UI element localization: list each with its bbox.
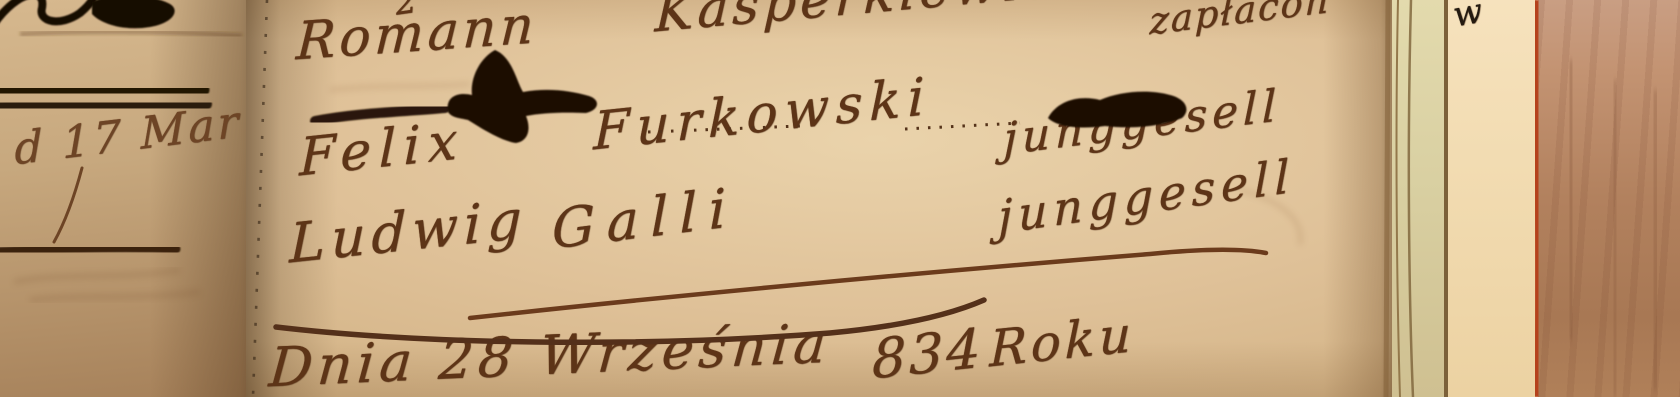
entry3-note: junggesell (998, 148, 1295, 244)
entry1-last-name: Kasperkiewicz (654, 0, 1088, 44)
entry1-first-name: Romann (295, 0, 539, 72)
entry1-note: zapłacon (1149, 0, 1331, 43)
entry2-first-name: Felix (299, 111, 466, 189)
handwriting-layer: d 17 Mar 2 Romann Kasperkiewicz zapłacon… (0, 0, 1680, 397)
entry3-first-name: Ludwig (289, 187, 528, 275)
margin-date-note: d 17 Mar (14, 96, 242, 175)
manuscript-photo: d 17 Mar 2 Romann Kasperkiewicz zapłacon… (0, 0, 1680, 397)
date-line-suffix: Roku (989, 305, 1135, 379)
entry3-last-name: Galli (552, 175, 738, 261)
edge-stray-mark: w (1450, 0, 1486, 35)
date-line-prefix: Dnia 28 Września (267, 311, 833, 397)
entry2-note: junggesell (1003, 80, 1281, 166)
date-line-year: 834 (872, 316, 983, 391)
entry2-last-name: Furkowski (593, 67, 932, 163)
